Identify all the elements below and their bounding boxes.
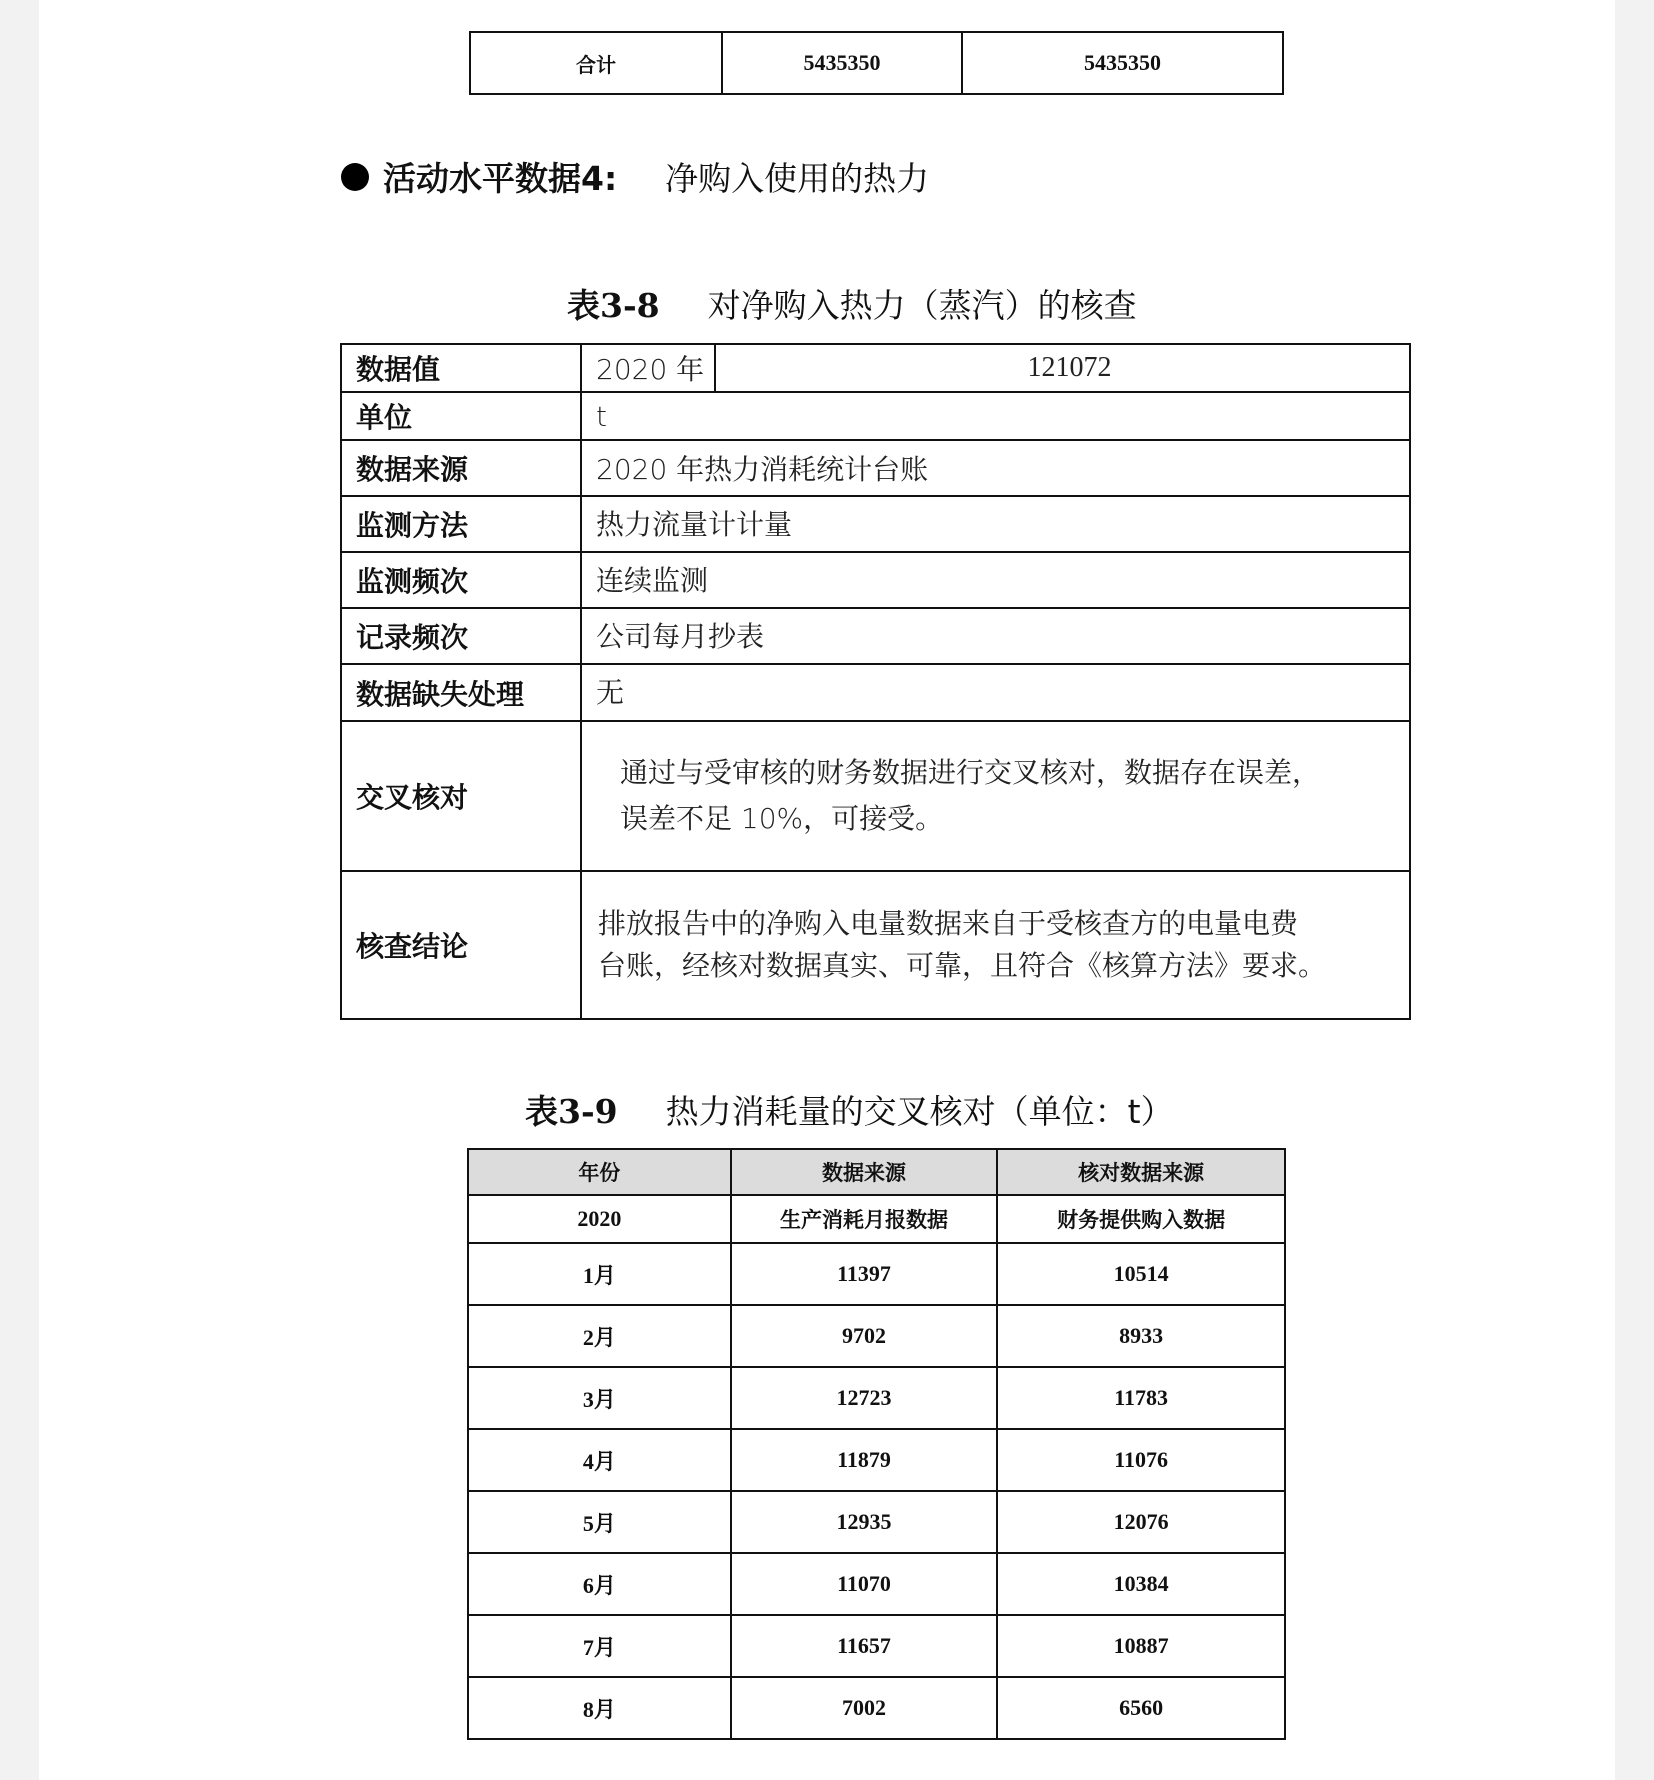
row-value: 通过与受审核的财务数据进行交叉核对，数据存在误差， 误差不足 10%，可接受。 — [581, 721, 1410, 871]
subheader-cell: 2020 — [468, 1195, 731, 1243]
row-recording-frequency: 记录频次 公司每月抄表 — [341, 608, 1410, 664]
table-row: 2月 9702 8933 — [468, 1305, 1285, 1367]
data-year: 2020 年 — [581, 344, 715, 392]
subheader-row: 2020 生产消耗月报数据 财务提供购入数据 — [468, 1195, 1285, 1243]
finance-cell: 10384 — [997, 1553, 1285, 1615]
production-cell: 7002 — [731, 1677, 998, 1739]
table-3-8-caption: 表3-8 对净购入热力（蒸汽）的核查 — [567, 280, 1137, 327]
subheader-cell: 财务提供购入数据 — [997, 1195, 1285, 1243]
row-cross-check: 交叉核对 通过与受审核的财务数据进行交叉核对，数据存在误差， 误差不足 10%，… — [341, 721, 1410, 871]
row-label: 数据来源 — [341, 440, 581, 496]
row-value: 热力流量计计量 — [581, 496, 1410, 552]
row-label: 单位 — [341, 392, 581, 440]
table-row: 6月 11070 10384 — [468, 1553, 1285, 1615]
row-label: 核查结论 — [341, 871, 581, 1019]
finance-cell: 10887 — [997, 1615, 1285, 1677]
table-row: 4月 11879 11076 — [468, 1429, 1285, 1491]
finance-cell: 12076 — [997, 1491, 1285, 1553]
finance-cell: 6560 — [997, 1677, 1285, 1739]
month-cell: 5月 — [468, 1491, 731, 1553]
table-row: 8月 7002 6560 — [468, 1677, 1285, 1739]
production-cell: 11070 — [731, 1553, 998, 1615]
table-row: 1月 11397 10514 — [468, 1243, 1285, 1305]
row-value: 排放报告中的净购入电量数据来自于受核查方的电量电费 台账，经核对数据真实、可靠，… — [581, 871, 1410, 1019]
row-monitoring-method: 监测方法 热力流量计计量 — [341, 496, 1410, 552]
total-value-1: 5435350 — [722, 32, 962, 94]
production-cell: 11657 — [731, 1615, 998, 1677]
month-cell: 2月 — [468, 1305, 731, 1367]
header-cell: 年份 — [468, 1149, 731, 1195]
month-cell: 8月 — [468, 1677, 731, 1739]
row-value: 无 — [581, 664, 1410, 721]
total-label: 合计 — [470, 32, 722, 94]
production-cell: 11879 — [731, 1429, 998, 1491]
row-missing-data: 数据缺失处理 无 — [341, 664, 1410, 721]
row-data-source: 数据来源 2020 年热力消耗统计台账 — [341, 440, 1410, 496]
row-value: t — [581, 392, 1410, 440]
finance-cell: 8933 — [997, 1305, 1285, 1367]
row-monitoring-frequency: 监测频次 连续监测 — [341, 552, 1410, 608]
month-cell: 6月 — [468, 1553, 731, 1615]
row-data-value: 数据值 2020 年 121072 — [341, 344, 1410, 392]
production-cell: 12723 — [731, 1367, 998, 1429]
row-value: 公司每月抄表 — [581, 608, 1410, 664]
section-prefix: 活动水平数据4: — [383, 153, 617, 200]
table-row: 7月 11657 10887 — [468, 1615, 1285, 1677]
finance-cell: 10514 — [997, 1243, 1285, 1305]
document-page: 合计 5435350 5435350 活动水平数据4: 净购入使用的热力 表3-… — [39, 0, 1615, 1780]
row-conclusion: 核查结论 排放报告中的净购入电量数据来自于受核查方的电量电费 台账，经核对数据真… — [341, 871, 1410, 1019]
section-title: 净购入使用的热力 — [665, 153, 929, 200]
table-3-8: 数据值 2020 年 121072 单位 t 数据来源 2020 年热力消耗统计… — [340, 343, 1411, 1020]
header-cell: 核对数据来源 — [997, 1149, 1285, 1195]
table-3-9-caption: 表3-9 热力消耗量的交叉核对（单位：t） — [525, 1086, 1174, 1133]
row-label: 监测频次 — [341, 552, 581, 608]
production-cell: 11397 — [731, 1243, 998, 1305]
total-table: 合计 5435350 5435350 — [469, 31, 1284, 95]
text-line: 通过与受审核的财务数据进行交叉核对，数据存在误差， — [620, 750, 1395, 796]
data-value: 121072 — [715, 344, 1410, 392]
row-label: 监测方法 — [341, 496, 581, 552]
finance-cell: 11076 — [997, 1429, 1285, 1491]
subheader-cell: 生产消耗月报数据 — [731, 1195, 998, 1243]
text-line: 误差不足 10%，可接受。 — [620, 796, 1395, 842]
text-line: 排放报告中的净购入电量数据来自于受核查方的电量电费 — [598, 903, 1395, 945]
month-cell: 3月 — [468, 1367, 731, 1429]
row-unit: 单位 t — [341, 392, 1410, 440]
section-heading: 活动水平数据4: 净购入使用的热力 — [341, 153, 929, 200]
table-row: 3月 12723 11783 — [468, 1367, 1285, 1429]
caption-title: 热力消耗量的交叉核对（单位：t） — [666, 1086, 1174, 1133]
caption-tag: 表3-8 — [567, 280, 660, 327]
caption-title: 对净购入热力（蒸汽）的核查 — [708, 280, 1137, 327]
production-cell: 9702 — [731, 1305, 998, 1367]
row-label: 数据缺失处理 — [341, 664, 581, 721]
header-cell: 数据来源 — [731, 1149, 998, 1195]
row-value: 连续监测 — [581, 552, 1410, 608]
row-value: 2020 年热力消耗统计台账 — [581, 440, 1410, 496]
month-cell: 1月 — [468, 1243, 731, 1305]
text-line: 台账，经核对数据真实、可靠，且符合《核算方法》要求。 — [598, 945, 1395, 987]
row-label: 记录频次 — [341, 608, 581, 664]
caption-tag: 表3-9 — [525, 1086, 618, 1133]
bullet-icon — [341, 163, 369, 191]
row-label: 数据值 — [341, 344, 581, 392]
table-3-9: 年份 数据来源 核对数据来源 2020 生产消耗月报数据 财务提供购入数据 1月… — [467, 1148, 1286, 1740]
table-row: 5月 12935 12076 — [468, 1491, 1285, 1553]
total-value-2: 5435350 — [962, 32, 1283, 94]
header-row: 年份 数据来源 核对数据来源 — [468, 1149, 1285, 1195]
row-label: 交叉核对 — [341, 721, 581, 871]
production-cell: 12935 — [731, 1491, 998, 1553]
finance-cell: 11783 — [997, 1367, 1285, 1429]
month-cell: 7月 — [468, 1615, 731, 1677]
month-cell: 4月 — [468, 1429, 731, 1491]
